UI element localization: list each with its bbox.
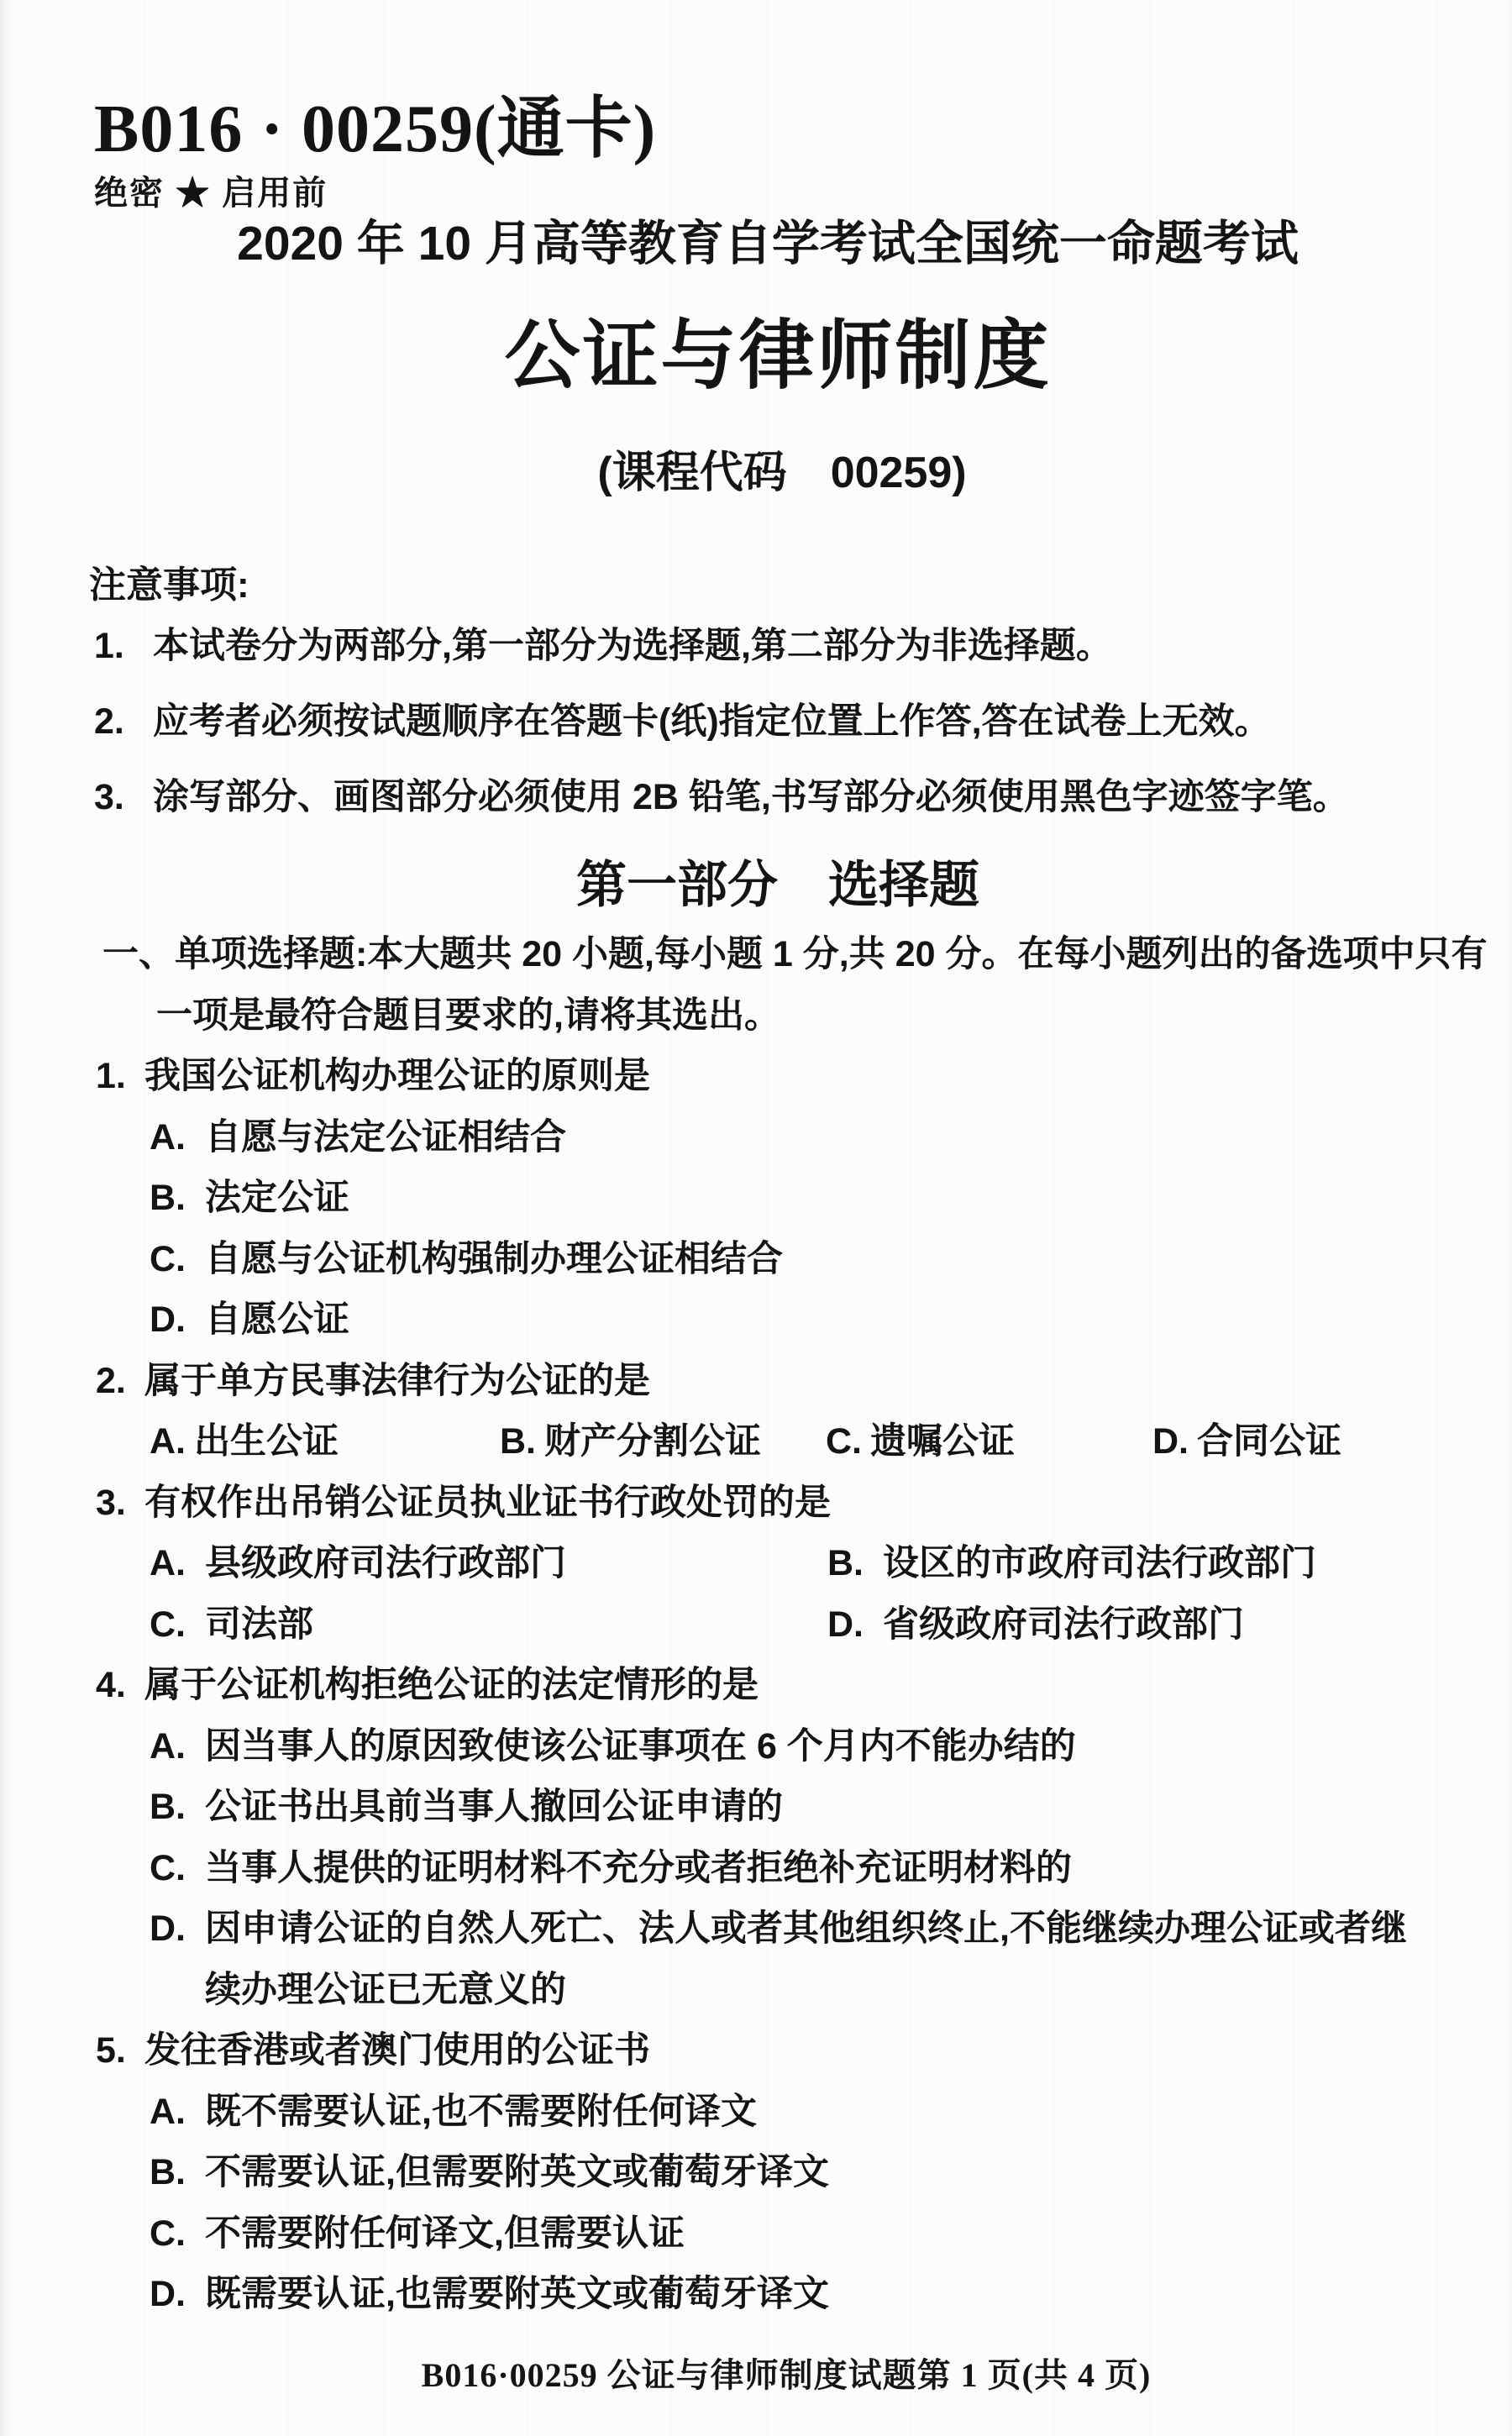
multiple-choice-section: 一、单项选择题:本大题共 20 小题,每小题 1 分,共 20 分。在每小题列出… <box>0 924 1478 2325</box>
question-number: 4. <box>96 1655 144 1716</box>
question-1-option-a: A.自愿与法定公证相结合 <box>0 1107 1478 1168</box>
note-item-2: 2.应考者必须按试题顺序在答题卡(纸)指定位置上作答,答在试卷上无效。 <box>0 684 1462 759</box>
paper-code: B016 · 00259(通卡) <box>94 74 656 171</box>
option-letter: C. <box>150 1229 205 1290</box>
option-text: 公证书出具前当事人撤回公证申请的 <box>205 1787 783 1827</box>
question-2-option-c: C.遗嘱公证 <box>826 1411 1152 1473</box>
question-stem: 属于公证机构拒绝公证的法定情形的是 <box>144 1665 759 1705</box>
option-letter: D. <box>150 1289 205 1351</box>
question-1-option-c: C.自愿与公证机构强制办理公证相结合 <box>0 1229 1478 1290</box>
option-letter: A. <box>150 1716 205 1777</box>
question-3-stem-row: 3.有权作出吊销公证员执业证书行政处罚的是 <box>0 1473 1478 1534</box>
question-stem: 有权作出吊销公证员执业证书行政处罚的是 <box>144 1483 831 1523</box>
option-text: 司法部 <box>205 1604 313 1645</box>
question-1-option-d: D.自愿公证 <box>0 1289 1478 1351</box>
question-3-option-d: D.省级政府司法行政部门 <box>827 1604 1244 1645</box>
option-text: 财产分割公证 <box>544 1421 761 1462</box>
question-2-option-d: D.合同公证 <box>1152 1411 1341 1473</box>
exam-title: 公证与律师制度 <box>0 294 1512 403</box>
mc-intro-line1: 一、单项选择题:本大题共 20 小题,每小题 1 分,共 20 分。在每小题列出… <box>0 924 1478 985</box>
option-letter: B. <box>150 1777 205 1838</box>
part1-heading: 第一部分 选择题 <box>0 845 1512 917</box>
note-number: 1. <box>94 608 153 684</box>
option-letter: D. <box>150 2264 205 2325</box>
question-stem: 我国公证机构办理公证的原则是 <box>144 1056 650 1096</box>
question-3-options-row-1: A.县级政府司法行政部门B.设区的市政府司法行政部门 <box>0 1533 1478 1594</box>
option-letter: C. <box>826 1421 862 1462</box>
question-4-stem-row: 4.属于公证机构拒绝公证的法定情形的是 <box>0 1655 1478 1716</box>
option-letter: C. <box>150 1594 205 1656</box>
notes-list: 1.本试卷分为两部分,第一部分为选择题,第二部分为非选择题。 2.应考者必须按试… <box>0 608 1462 835</box>
option-text: 自愿与公证机构强制办理公证相结合 <box>205 1239 783 1279</box>
option-letter: B. <box>500 1421 536 1462</box>
question-2-options-row: A.出生公证B.财产分割公证C.遗嘱公证D.合同公证 <box>0 1411 1478 1473</box>
question-3-option-a: A.县级政府司法行政部门 <box>150 1533 827 1594</box>
option-letter: A. <box>150 2082 205 2143</box>
question-5-stem-row: 5.发往香港或者澳门使用的公证书 <box>0 2020 1478 2082</box>
question-4-option-a: A.因当事人的原因致使该公证事项在 6 个月内不能办结的 <box>0 1716 1478 1777</box>
mc-intro-line2: 一项是最符合题目要求的,请将其选出。 <box>0 985 1478 1047</box>
question-number: 2. <box>96 1351 144 1412</box>
page-footer: B016·00259 公证与律师制度试题第 1 页(共 4 页) <box>0 2349 1512 2397</box>
option-letter: D. <box>827 1594 883 1656</box>
option-letter: C. <box>150 1838 205 1899</box>
question-5-option-b: B.不需要认证,但需要附英文或葡萄牙译文 <box>0 2142 1478 2203</box>
option-text: 省级政府司法行政部门 <box>883 1604 1244 1645</box>
option-letter: D. <box>150 1898 205 2020</box>
question-2-option-a: A.出生公证 <box>150 1411 500 1473</box>
option-text: 法定公证 <box>205 1178 349 1218</box>
option-text: 因申请公证的自然人死亡、法人或者其他组织终止,不能继续办理公证或者继续办理公证已… <box>205 1898 1427 2020</box>
option-text: 因当事人的原因致使该公证事项在 6 个月内不能办结的 <box>205 1726 1076 1767</box>
question-3-option-b: B.设区的市政府司法行政部门 <box>827 1543 1316 1583</box>
option-text: 遗嘱公证 <box>870 1421 1015 1462</box>
exam-session-line: 2020 年 10 月高等教育自学考试全国统一命题考试 <box>0 205 1512 274</box>
note-text: 应考者必须按试题顺序在答题卡(纸)指定位置上作答,答在试卷上无效。 <box>153 701 1271 742</box>
option-letter: C. <box>150 2203 205 2265</box>
option-text: 不需要认证,但需要附英文或葡萄牙译文 <box>205 2152 829 2192</box>
option-letter: A. <box>150 1533 205 1594</box>
option-text: 设区的市政府司法行政部门 <box>883 1543 1316 1583</box>
question-5-option-c: C.不需要附任何译文,但需要认证 <box>0 2203 1478 2265</box>
option-text: 合同公证 <box>1197 1421 1341 1462</box>
note-text: 涂写部分、画图部分必须使用 2B 铅笔,书写部分必须使用黑色字迹签字笔。 <box>153 777 1349 817</box>
question-2-option-b: B.财产分割公证 <box>500 1411 826 1473</box>
note-item-3: 3.涂写部分、画图部分必须使用 2B 铅笔,书写部分必须使用黑色字迹签字笔。 <box>0 759 1462 835</box>
note-text: 本试卷分为两部分,第一部分为选择题,第二部分为非选择题。 <box>153 626 1112 666</box>
question-1-stem-row: 1.我国公证机构办理公证的原则是 <box>0 1046 1478 1107</box>
question-number: 1. <box>96 1046 144 1107</box>
option-letter: B. <box>150 2142 205 2203</box>
course-code: (课程代码 00259) <box>0 437 1512 500</box>
option-text: 自愿与法定公证相结合 <box>205 1117 566 1158</box>
question-4-option-d: D.因申请公证的自然人死亡、法人或者其他组织终止,不能继续办理公证或者继续办理公… <box>0 1898 1478 2020</box>
option-letter: B. <box>827 1533 883 1594</box>
question-5-option-a: A.既不需要认证,也不需要附任何译文 <box>0 2082 1478 2143</box>
question-1-option-b: B.法定公证 <box>0 1168 1478 1229</box>
question-4-option-b: B.公证书出具前当事人撤回公证申请的 <box>0 1777 1478 1838</box>
question-5-option-d: D.既需要认证,也需要附英文或葡萄牙译文 <box>0 2264 1478 2325</box>
question-stem: 属于单方民事法律行为公证的是 <box>144 1361 650 1401</box>
option-letter: A. <box>150 1107 205 1168</box>
option-text: 不需要附任何译文,但需要认证 <box>205 2213 685 2254</box>
question-stem: 发往香港或者澳门使用的公证书 <box>144 2030 650 2071</box>
option-letter: B. <box>150 1168 205 1229</box>
question-4-option-c: C.当事人提供的证明材料不充分或者拒绝补充证明材料的 <box>0 1838 1478 1899</box>
question-number: 5. <box>96 2020 144 2082</box>
option-text: 既需要认证,也需要附英文或葡萄牙译文 <box>205 2274 829 2314</box>
option-text: 自愿公证 <box>205 1299 349 1340</box>
question-2-stem-row: 2.属于单方民事法律行为公证的是 <box>0 1351 1478 1412</box>
option-letter: A. <box>150 1421 186 1462</box>
question-3-options-row-2: C.司法部D.省级政府司法行政部门 <box>0 1594 1478 1656</box>
option-text: 县级政府司法行政部门 <box>205 1543 566 1583</box>
option-text: 出生公证 <box>194 1421 339 1462</box>
option-letter: D. <box>1152 1421 1189 1462</box>
exam-paper-page: B016 · 00259(通卡) 绝密 ★ 启用前 2020 年 10 月高等教… <box>0 0 1512 2436</box>
notes-heading: 注意事项: <box>89 554 249 608</box>
option-text: 既不需要认证,也不需要附任何译文 <box>205 2092 757 2132</box>
question-3-option-c: C.司法部 <box>150 1594 827 1656</box>
note-item-1: 1.本试卷分为两部分,第一部分为选择题,第二部分为非选择题。 <box>0 608 1462 684</box>
question-number: 3. <box>96 1473 144 1534</box>
note-number: 2. <box>94 684 153 759</box>
option-text: 当事人提供的证明材料不充分或者拒绝补充证明材料的 <box>205 1848 1072 1888</box>
note-number: 3. <box>94 759 153 835</box>
